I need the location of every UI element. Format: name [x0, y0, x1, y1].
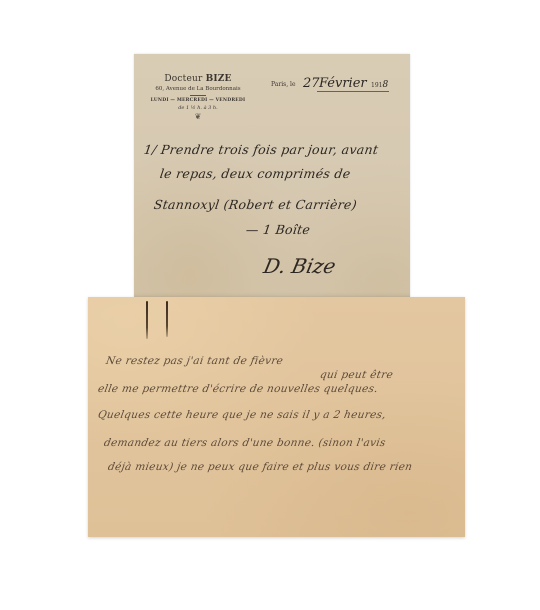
note-line: elle me permettre d'écrire de nouvelles …	[97, 383, 379, 395]
dateline-year-handwritten: 8	[382, 80, 388, 90]
note-line: demandez au tiers alors d'une bonne. (si…	[103, 437, 387, 449]
letterhead-doctor-name: BIZE	[206, 74, 232, 84]
note-line: Quelques cette heure que je ne sais il y…	[97, 409, 387, 421]
note-card: Ne restez pas j'ai tant de fièvre qui pe…	[88, 297, 465, 537]
letterhead-rule	[190, 95, 206, 96]
note-line: qui peut être	[319, 369, 394, 381]
dateline-year-printed: 191	[371, 82, 382, 89]
prescription-sheet: Docteur BIZE 60, Avenue de La Bourdonnai…	[134, 54, 410, 298]
letterhead-address: 60, Avenue de La Bourdonnais	[138, 86, 258, 92]
vertical-mark	[166, 301, 168, 337]
note-line: Ne restez pas j'ai tant de fièvre	[105, 355, 284, 367]
dateline-rule	[317, 91, 389, 92]
note-line: déjà mieux) je ne peux que faire et plus…	[107, 461, 413, 473]
dateline-month: Février	[319, 76, 367, 91]
dateline: Paris, le 27 Février 1918	[271, 76, 406, 92]
letterhead: Docteur BIZE 60, Avenue de La Bourdonnai…	[138, 74, 258, 121]
prescription-line: 1/ Prendre trois fois par jour, avant	[143, 142, 379, 157]
prescription-line: — 1 Boîte	[245, 222, 311, 237]
dateline-year: 1918	[371, 80, 388, 90]
prescription-line: le repas, deux comprimés de	[159, 166, 352, 181]
letterhead-consultation-days: LUNDI — MERCREDI — VENDREDI	[138, 98, 258, 103]
letterhead-title: Docteur BIZE	[138, 74, 258, 84]
letterhead-title-prefix: Docteur	[164, 74, 202, 84]
prescription-line: Stannoxyl (Robert et Carrière)	[153, 197, 358, 212]
letterhead-consultation-hours: de 1 ½ h. à 3 h.	[138, 105, 258, 111]
vertical-mark	[146, 301, 148, 339]
dateline-day: 27	[303, 76, 320, 91]
doctor-signature: D. Bize	[261, 254, 338, 278]
ornament-icon: ❦	[138, 112, 258, 121]
dateline-place: Paris, le	[271, 81, 296, 88]
